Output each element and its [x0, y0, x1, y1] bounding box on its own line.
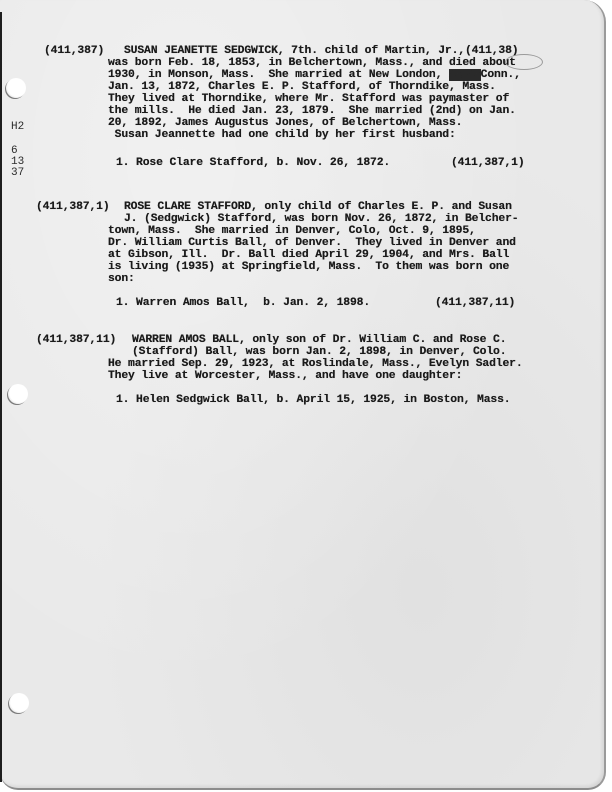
entry-line: He married Sep. 29, 1923, at Roslindale,… — [108, 358, 523, 370]
entry-line: They live at Worcester, Mass., and have … — [108, 370, 462, 382]
entry-id: (411,387) — [44, 45, 104, 57]
struck-out-text: XXXXX — [449, 69, 481, 81]
entry-line: (Stafford) Ball, was born Jan. 2, 1898, … — [132, 346, 506, 358]
pencil-circle-mark — [505, 54, 543, 70]
document-page: H2 6 13 37 (411,387) SUSAN JEANETTE SEDG… — [0, 0, 606, 790]
entry-line: is living (1935) at Springfield, Mass. T… — [108, 261, 509, 273]
punch-hole-bottom — [9, 693, 29, 713]
entry-line: SUSAN JEANETTE SEDGWICK, 7th. child of M… — [124, 45, 518, 57]
entry-line: Dr. William Curtis Ball, of Denver. They… — [108, 237, 516, 249]
entry-line: 1930, in Monson, Mass. She married at Ne… — [108, 69, 521, 81]
entry-line: the mills. He died Jan. 23, 1879. She ma… — [108, 105, 516, 117]
entry-line: ROSE CLARE STAFFORD, only child of Charl… — [124, 201, 512, 213]
entry-id: (411,387,11) — [36, 334, 116, 346]
child-listing: 1. Helen Sedgwick Ball, b. April 15, 192… — [116, 394, 510, 406]
entry-line: town, Mass. She married in Denver, Colo,… — [108, 225, 476, 237]
entry-line-text: Conn., — [481, 69, 521, 81]
entry-line: WARREN AMOS BALL, only son of Dr. Willia… — [132, 334, 506, 346]
child-reference: (411,387,1) — [451, 157, 525, 169]
punch-hole-top — [6, 78, 26, 98]
page-edge-shadow — [0, 12, 2, 782]
margin-note-37: 37 — [11, 168, 24, 179]
entry-line: They lived at Thorndike, where Mr. Staff… — [108, 93, 509, 105]
entry-line: J. (Sedgwick) Stafford, was born Nov. 26… — [124, 213, 518, 225]
entry-line: was born Feb. 18, 1853, in Belchertown, … — [108, 57, 516, 69]
entry-line-text: 1930, in Monson, Mass. She married at Ne… — [108, 69, 449, 81]
entry-line: Jan. 13, 1872, Charles E. P. Stafford, o… — [108, 81, 496, 93]
entry-line: at Gibson, Ill. Dr. Ball died April 29, … — [108, 249, 509, 261]
child-listing: 1. Warren Amos Ball, b. Jan. 2, 1898. — [116, 297, 370, 309]
punch-hole-middle — [8, 384, 28, 404]
entry-line: Susan Jeannette had one child by her fir… — [108, 129, 456, 141]
margin-note-h2: H2 — [11, 122, 24, 133]
child-listing: 1. Rose Clare Stafford, b. Nov. 26, 1872… — [116, 157, 390, 169]
entry-line: son: — [108, 273, 135, 285]
entry-line: 20, 1892, James Augustus Jones, of Belch… — [108, 117, 462, 129]
child-reference: (411,387,11) — [435, 297, 515, 309]
entry-id: (411,387,1) — [36, 201, 110, 213]
